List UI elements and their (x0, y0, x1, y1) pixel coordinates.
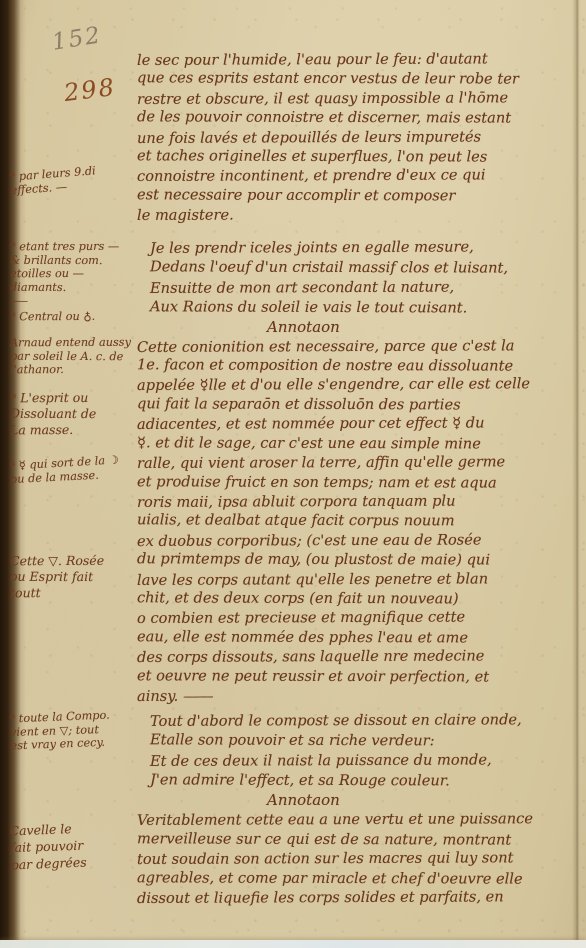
verse-line: Tout d'abord le compost se dissout en cl… (137, 710, 567, 732)
margin-note: Arnaud entend aussypar soleil le A. c. d… (10, 336, 136, 377)
margin-note-line: par soleil le A. c. de (10, 349, 136, 363)
verse-line: Ensuitte de mon art secondant la nature, (137, 277, 567, 299)
margin-note-line: toutt (10, 585, 136, 602)
paragraph-intro: le sec pour l'humide, l'eau pour le feu:… (137, 50, 567, 225)
manuscript-line: appelée ☿lle et d'ou elle s'engendre, ca… (137, 375, 567, 396)
manuscript-line: lave les corps autant qu'elle les penetr… (137, 569, 567, 590)
manuscript-line: de les pouvoir connoistre et discerner, … (137, 107, 567, 128)
manuscript-line: uialis, et dealbat atque facit corpus no… (137, 511, 567, 532)
margin-note-line: ⎯⎯⎯ (10, 294, 136, 308)
margin-note-line: diamants. (10, 281, 136, 295)
verse-line: Je les prendr iceles joints en egalle me… (137, 237, 567, 259)
margin-note-line: La masse. (10, 422, 136, 439)
verse-quatrain-2: Tout d'abord le compost se dissout en cl… (137, 711, 567, 791)
annotation-heading-2: Annotaon (137, 791, 567, 810)
manuscript-line: des corps dissouts, sans laquelle nre me… (137, 646, 567, 667)
margin-note-line: etoilles ou — (10, 267, 136, 281)
manuscript-line: qui fait la separaōn et dissoluōn des pa… (137, 394, 567, 415)
margin-note: Cavelle lefait pouvoirpar degrées (9, 818, 137, 873)
manuscript-line: Veritablement cette eau a une vertu et u… (137, 809, 567, 830)
margin-note: * ☿ qui sort de la ☽ou de la masse. (9, 453, 136, 487)
manuscript-line: Cette conionition est necessaire, parce … (137, 336, 567, 357)
manuscript-line: eau, elle est nommée des pphes l'eau et … (137, 627, 567, 648)
folio-number-ink: 298 (62, 73, 117, 107)
margin-note: * toute la Compo.vient en ▽; toutest vra… (9, 708, 136, 753)
annotation-text-1: Cette conionition est necessaire, parce … (137, 337, 567, 706)
margin-note-line: * L'esprit ou (10, 390, 136, 407)
manuscript-line: roris maii, ipsa abluit corpora tanquam … (137, 491, 567, 512)
margin-note-line: Arnaud entend aussy (10, 336, 136, 350)
manuscript-line: connoistre incontinent, et prendre d'eux… (137, 165, 567, 186)
manuscript-line: adiacentes, et est nommée pour cet effec… (137, 413, 567, 434)
verse-quatrain-1: Je les prendr iceles joints en egalle me… (137, 238, 567, 318)
annotation-heading-1: Annotaon (137, 318, 567, 337)
verse-line: J'en admire l'effect, et sa Rouge couleu… (137, 771, 567, 793)
margin-note-line: par degrées (10, 852, 137, 874)
manuscript-line: 1e. facon et composition de nostre eau d… (137, 355, 567, 376)
manuscript-line: du primtemps de may, (ou plustost de mai… (137, 549, 567, 570)
margin-note-line: & brillants com. (10, 253, 136, 267)
margin-note: * Central ou ♁. (10, 310, 136, 324)
manuscript-line: et oeuvre ne peut reussir et avoir perfe… (137, 666, 567, 687)
verse-line: Dedans l'oeuf d'un cristail massif clos … (137, 257, 567, 279)
manuscript-line: et taches originelles et superflues, l'o… (137, 146, 567, 167)
margin-note-line: * Central ou ♁. (10, 310, 136, 324)
folio-number-pencil: 152 (50, 22, 103, 55)
margin-note: * par leurs 9.dieffects. — (9, 162, 137, 198)
manuscript-line: restre et obscure, il est quasy impossib… (137, 88, 567, 109)
manuscript-line: le sec pour l'humide, l'eau pour le feu:… (137, 49, 567, 70)
margin-note-line: Dissoluant de (10, 406, 136, 422)
manuscript-line: ☿. et dit le sage, car c'est une eau sim… (137, 433, 567, 454)
main-text-column: le sec pour l'humide, l'eau pour le feu:… (137, 50, 567, 907)
manuscript-line: dissout et liquefie les corps solides et… (137, 887, 567, 908)
manuscript-page-scan: 152 298 le sec pour l'humide, l'eau pour… (0, 0, 586, 948)
manuscript-line: ainsy. ⎯⎯⎯⎯ (137, 685, 567, 706)
manuscript-line: et produise fruict en son temps; nam et … (137, 472, 567, 493)
manuscript-line: ralle, qui vient aroser la terre, affin … (137, 452, 567, 473)
verse-line: Aux Raions du soleil ie vais le tout cui… (137, 297, 567, 319)
margin-note-line: l'athanor. (10, 363, 136, 377)
manuscript-line: o combien est precieuse et magnifique ce… (137, 607, 567, 628)
manuscript-line: une fois lavés et depouillés de leurs im… (137, 127, 567, 148)
manuscript-line: tout soudain son action sur les macres q… (137, 848, 567, 869)
verse-line: Etalle son pouvoir et sa riche verdeur: (137, 731, 567, 753)
margin-note-line: * etant tres purs — (10, 240, 136, 254)
annotation-text-2: Veritablement cette eau a une vertu et u… (137, 810, 567, 907)
manuscript-line: le magistere. (137, 204, 567, 225)
manuscript-line: que ces esprits estant encor vestus de l… (137, 69, 567, 90)
margin-note-line: Cette ▽. Rosée (10, 553, 136, 570)
manuscript-line: est necessaire pour accomplir et compose… (137, 185, 567, 206)
page-edge-fold (572, 0, 581, 948)
margin-note: Cette ▽. Roséeou Esprit faittoutt (10, 553, 136, 601)
manuscript-line: merveilleuse sur ce qui est de sa nature… (137, 829, 567, 850)
verse-line: Et de ces deux il naist la puissance du … (137, 750, 567, 772)
scan-bottom-edge (0, 940, 586, 948)
manuscript-line: chit, et des deux corps (en fait un nouv… (137, 588, 567, 609)
margin-note-line: ou Esprit fait (10, 569, 136, 585)
margin-note: * L'esprit ouDissoluant deLa masse. (10, 390, 136, 438)
manuscript-line: ex duobus corporibus; (c'est une eau de … (137, 530, 567, 551)
manuscript-line: agreables, et come par miracle et chef d… (137, 868, 567, 889)
margin-note: * etant tres purs —& brillants com.etoil… (10, 240, 136, 308)
